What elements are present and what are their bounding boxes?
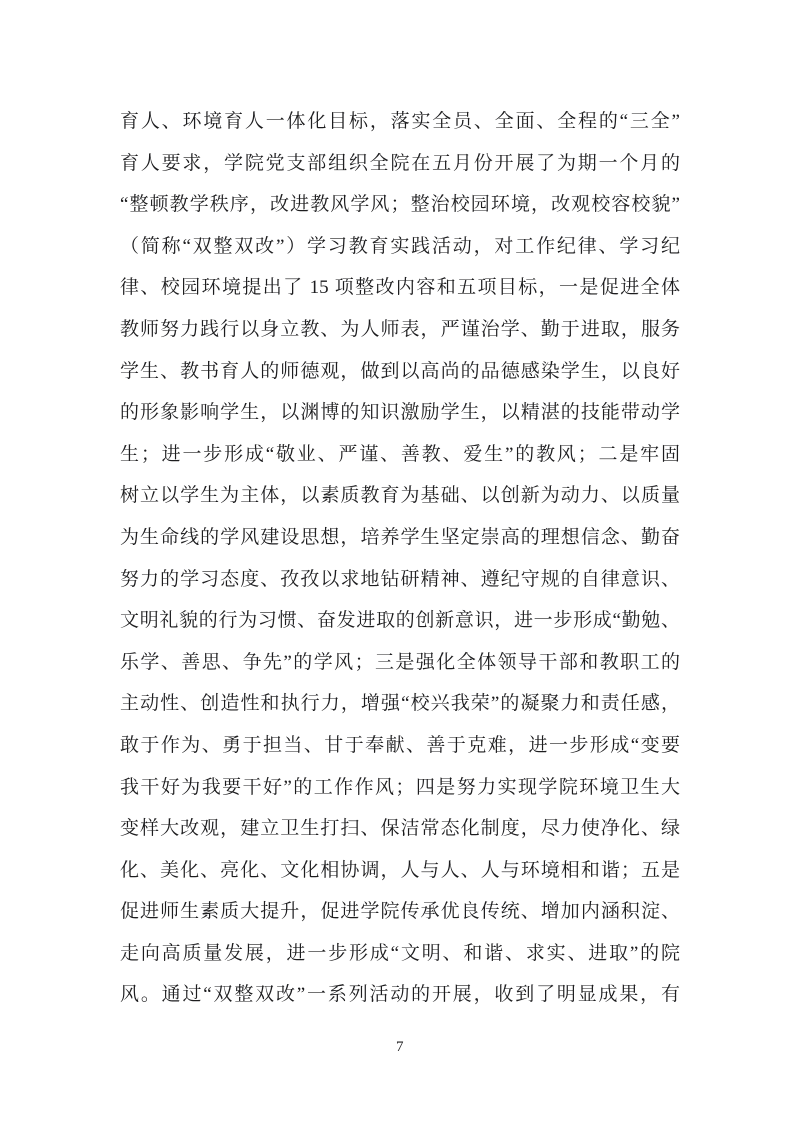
text-lines: 育人、环境育人一体化目标，落实全员、全面、全程的“三全”育人要求，学院党支部组织…	[120, 101, 680, 1016]
text-line: 的形象影响学生，以渊博的知识激励学生，以精湛的技能带动学	[120, 392, 680, 434]
text-line: 风。通过“双整双改”一系列活动的开展，收到了明显成果，有	[120, 974, 680, 1016]
text-line: 努力的学习态度、孜孜以求地钻研精神、遵纪守规的自律意识、	[120, 559, 680, 601]
text-line: 文明礼貌的行为习惯、奋发进取的创新意识，进一步形成“勤勉、	[120, 600, 680, 642]
text-line: 律、校园环境提出了 15 项整改内容和五项目标，一是促进全体	[120, 267, 680, 309]
text-line: 我干好为我要干好”的工作作风；四是努力实现学院环境卫生大	[120, 767, 680, 809]
text-line: “整顿教学秩序，改进教风学风；整治校园环境，改观校容校貌”	[120, 184, 680, 226]
text-line: 变样大改观，建立卫生打扫、保洁常态化制度，尽力使净化、绿	[120, 808, 680, 850]
text-line: 化、美化、亮化、文化相协调，人与人、人与环境相和谐；五是	[120, 850, 680, 892]
text-line: 促进师生素质大提升，促进学院传承优良传统、增加内涵积淀、	[120, 891, 680, 933]
page-footer: 7	[0, 1038, 800, 1056]
text-line: 敢于作为、勇于担当、甘于奉献、善于克难，进一步形成“变要	[120, 725, 680, 767]
text-line: 主动性、创造性和执行力，增强“校兴我荣”的凝聚力和责任感，	[120, 683, 680, 725]
text-line: 乐学、善思、争先”的学风；三是强化全体领导干部和教职工的	[120, 642, 680, 684]
text-line: 走向高质量发展，进一步形成“文明、和谐、求实、进取”的院	[120, 933, 680, 975]
text-line: 育人、环境育人一体化目标，落实全员、全面、全程的“三全”	[120, 101, 680, 143]
text-line: 育人要求，学院党支部组织全院在五月份开展了为期一个月的	[120, 143, 680, 185]
page-number: 7	[396, 1039, 404, 1055]
text-line: 学生、教书育人的师德观，做到以高尚的品德感染学生，以良好	[120, 351, 680, 393]
paragraph-block: 育人、环境育人一体化目标，落实全员、全面、全程的“三全”育人要求，学院党支部组织…	[120, 101, 680, 1016]
text-line: 教师努力践行以身立教、为人师表，严谨治学、勤于进取，服务	[120, 309, 680, 351]
text-line: 生；进一步形成“敬业、严谨、善教、爱生”的教风；二是牢固	[120, 434, 680, 476]
document-page: 育人、环境育人一体化目标，落实全员、全面、全程的“三全”育人要求，学院党支部组织…	[0, 0, 800, 1131]
text-line: 为生命线的学风建设思想，培养学生坚定崇高的理想信念、勤奋	[120, 517, 680, 559]
text-line: 树立以学生为主体，以素质教育为基础、以创新为动力、以质量	[120, 475, 680, 517]
text-line: （简称“双整双改”）学习教育实践活动，对工作纪律、学习纪	[120, 226, 680, 268]
